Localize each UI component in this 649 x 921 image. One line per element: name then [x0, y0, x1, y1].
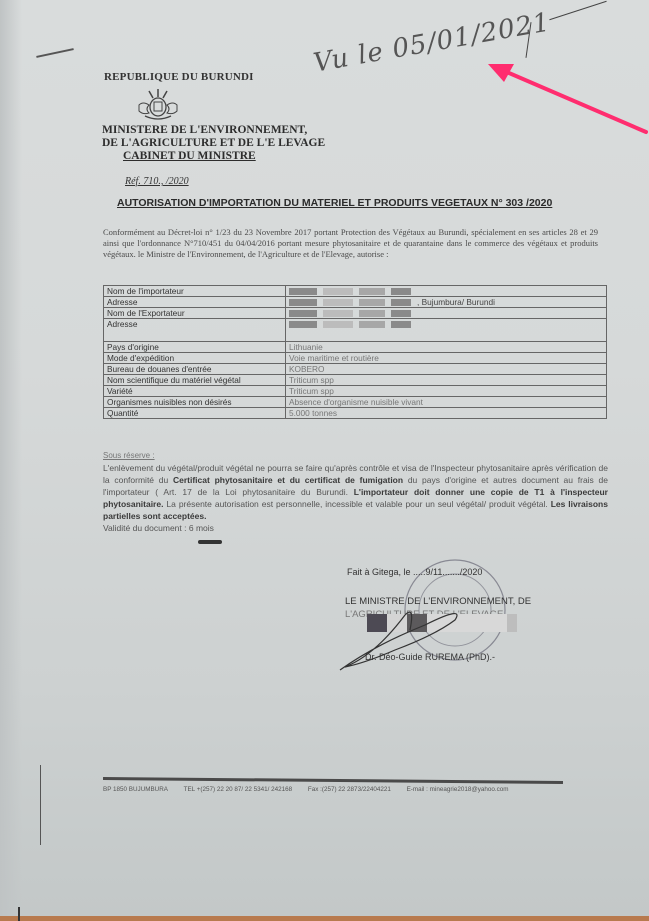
ministry-line-1: MINISTERE DE L'ENVIRONNEMENT, — [102, 124, 307, 136]
document-title: AUTORISATION D'IMPORTATION DU MATERIEL E… — [117, 197, 552, 209]
coat-of-arms-icon — [135, 87, 181, 123]
row-label: Nom scientifique du matériel végétal — [104, 375, 286, 386]
redaction-block — [323, 288, 353, 295]
redaction-block — [391, 310, 411, 317]
margin-line — [40, 765, 41, 845]
ministry-line-2: DE L'AGRICULTURE ET DE L'E LEVAGE — [102, 137, 325, 149]
cabinet-line: CABINET DU MINISTRE — [102, 150, 325, 163]
row-value — [286, 286, 607, 297]
footer-fax: Fax :(257) 22 2873/22404221 — [308, 786, 391, 793]
table-row: Adresse, Bujumbura/ Burundi — [104, 297, 607, 308]
signatory-name: Dr. Déo-Guide RUREMA (PhD).- — [365, 652, 495, 662]
table-row: VariétéTriticum spp — [104, 386, 607, 397]
redaction-block — [391, 321, 411, 328]
reserve-paragraph: L'enlèvement du végétal/produit végétal … — [103, 462, 608, 534]
validity-label: Validité du document : — [103, 523, 186, 533]
row-value: KOBERO — [286, 364, 607, 375]
republic-heading: REPUBLIQUE DU BURUNDI — [104, 71, 254, 83]
intro-paragraph: Conformément au Décret-loi n° 1/23 du 23… — [103, 227, 598, 260]
row-value: Voie maritime et routière — [286, 353, 607, 364]
table-row: Nom de l'importateur — [104, 286, 607, 297]
pen-mark — [36, 48, 74, 58]
reserve-bold-1: Certificat phytosanitaire et du certific… — [173, 475, 403, 485]
arrow-annotation-icon — [480, 58, 649, 148]
redaction-block — [391, 288, 411, 295]
footer-contact: BP 1850 BUJUMBURA TEL +(257) 22 20 87/ 2… — [103, 786, 573, 793]
row-value — [286, 308, 607, 319]
row-value-text: , Bujumbura/ Burundi — [417, 297, 495, 307]
redaction-block — [359, 310, 385, 317]
footer-tel: TEL +(257) 22 20 87/ 22 5341/ 242168 — [184, 786, 292, 793]
row-label: Nom de l'importateur — [104, 286, 286, 297]
edge-mark — [18, 907, 20, 921]
row-label: Adresse — [104, 297, 286, 308]
redaction-block — [391, 299, 411, 306]
footer-email: E-mail : mineagrie2018@yahoo.com — [407, 786, 509, 793]
row-value: , Bujumbura/ Burundi — [286, 297, 607, 308]
row-label: Adresse — [104, 319, 286, 342]
import-details-table: Nom de l'importateurAdresse, Bujumbura/ … — [103, 285, 607, 419]
table-row: Nom de l'Exportateur — [104, 308, 607, 319]
row-label: Pays d'origine — [104, 342, 286, 353]
reference-number: Réf. 710., /2020 — [125, 176, 189, 187]
table-row: Adresse — [104, 319, 607, 342]
row-label: Mode d'expédition — [104, 353, 286, 364]
redaction-block — [359, 321, 385, 328]
redaction-block — [359, 299, 385, 306]
row-label: Organismes nuisibles non désirés — [104, 397, 286, 408]
redaction-block — [289, 288, 317, 295]
table-row: Organismes nuisibles non désirésAbsence … — [104, 397, 607, 408]
redaction-block — [323, 299, 353, 306]
reserve-text-3: La présente autorisation est personnelle… — [166, 499, 547, 509]
footer-address: BP 1850 BUJUMBURA — [103, 786, 168, 793]
row-value: 5.000 tonnes — [286, 408, 607, 419]
table-row: Pays d'origineLithuanie — [104, 342, 607, 353]
handwritten-dash — [549, 1, 606, 20]
document-page: REPUBLIQUE DU BURUNDI MINISTERE DE L'ENV… — [0, 0, 649, 916]
row-label: Bureau de douanes d'entrée — [104, 364, 286, 375]
redaction-block — [323, 321, 353, 328]
redaction-block — [507, 614, 517, 632]
redaction-block — [289, 310, 317, 317]
table-row: Nom scientifique du matériel végétalTrit… — [104, 375, 607, 386]
ministry-heading: MINISTERE DE L'ENVIRONNEMENT, DE L'AGRIC… — [102, 124, 325, 163]
footer-rule — [103, 777, 563, 784]
row-value: Triticum spp — [286, 386, 607, 397]
row-value — [286, 319, 607, 342]
validity-value: 6 mois — [189, 523, 214, 533]
reserve-heading: Sous réserve : — [103, 451, 155, 460]
redaction-block — [289, 321, 317, 328]
row-label: Nom de l'Exportateur — [104, 308, 286, 319]
row-label: Variété — [104, 386, 286, 397]
table-row: Bureau de douanes d'entréeKOBERO — [104, 364, 607, 375]
row-label: Quantité — [104, 408, 286, 419]
table-row: Mode d'expéditionVoie maritime et routiè… — [104, 353, 607, 364]
redaction-block — [359, 288, 385, 295]
ink-mark — [198, 540, 222, 544]
row-value: Lithuanie — [286, 342, 607, 353]
redaction-block — [289, 299, 317, 306]
row-value: Triticum spp — [286, 375, 607, 386]
row-value: Absence d'organisme nuisible vivant — [286, 397, 607, 408]
table-row: Quantité5.000 tonnes — [104, 408, 607, 419]
redaction-block — [323, 310, 353, 317]
